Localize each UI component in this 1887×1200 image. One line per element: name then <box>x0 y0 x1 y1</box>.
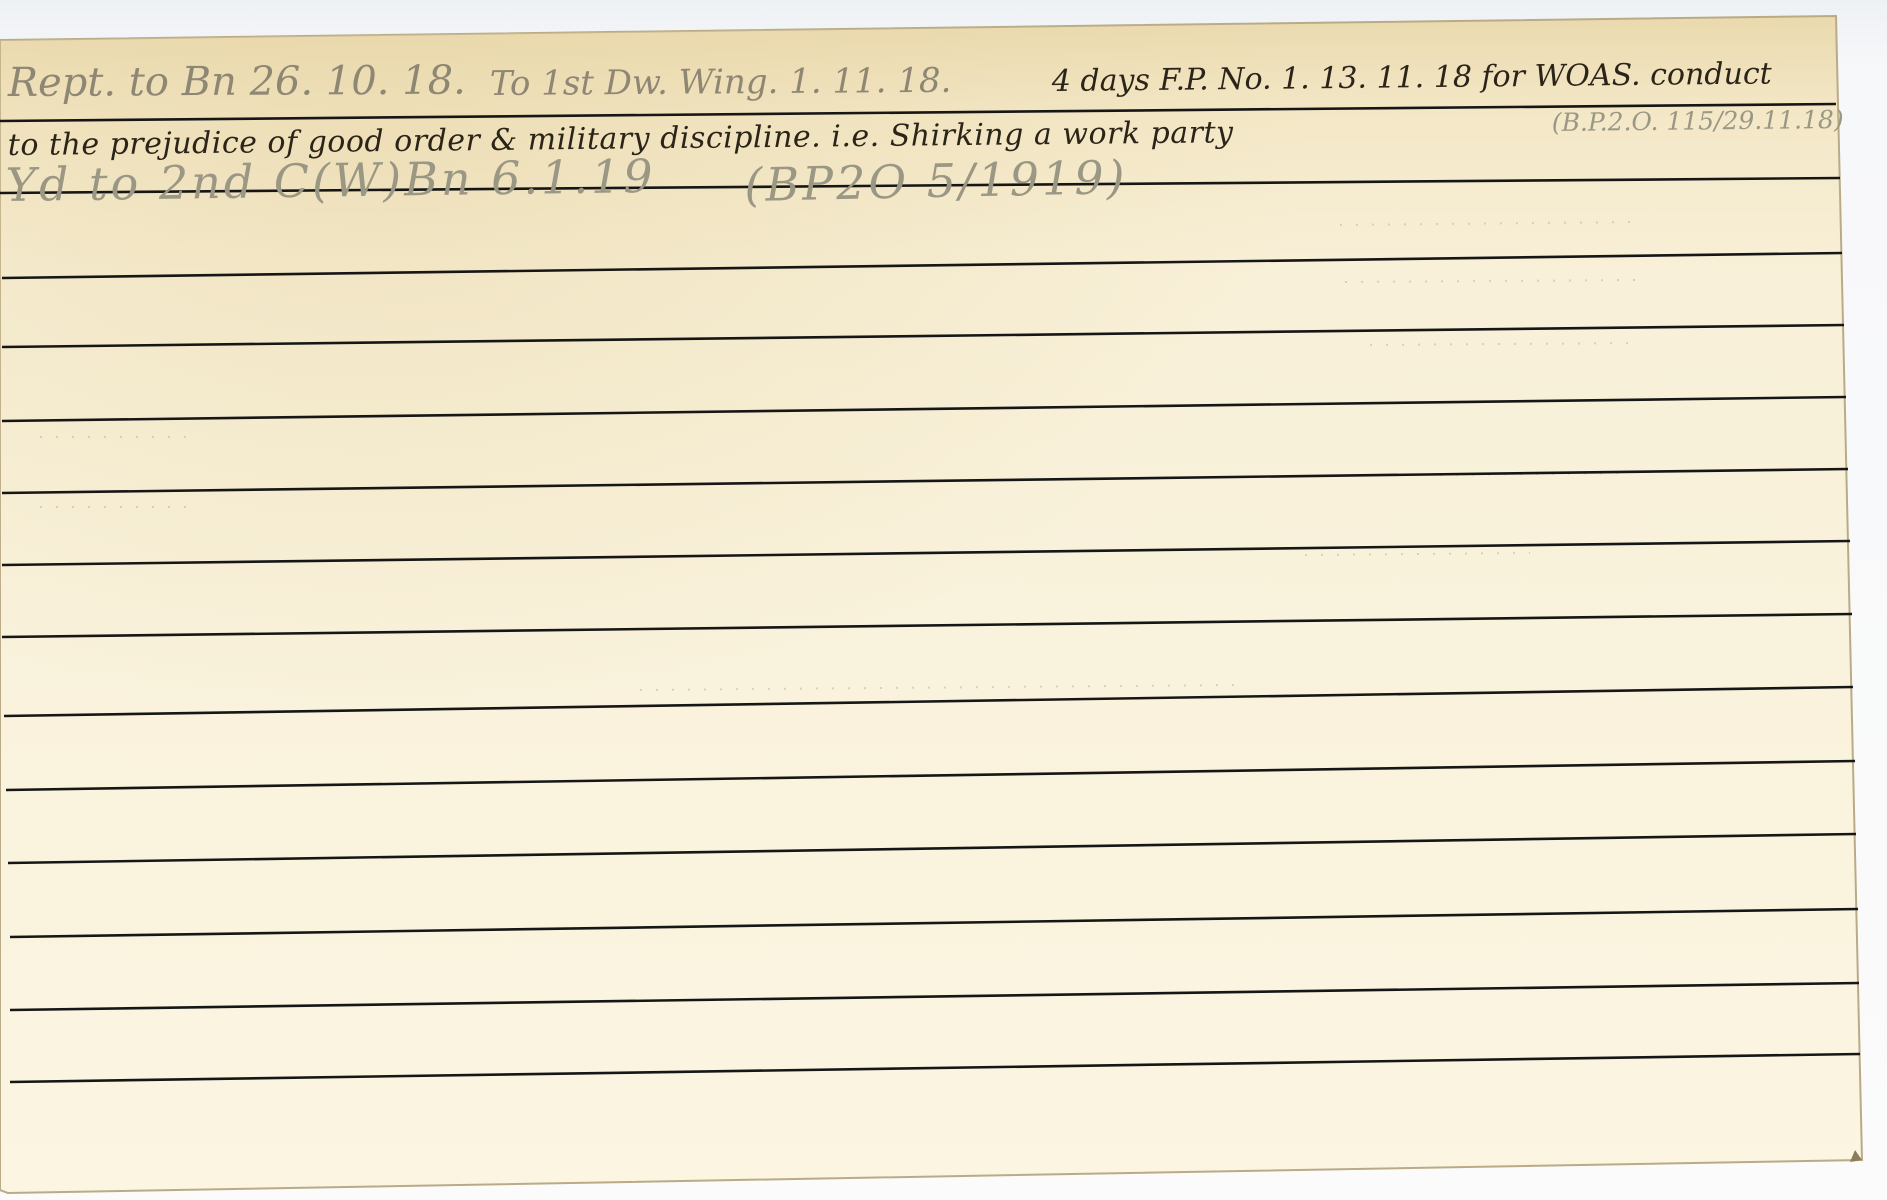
entry-order-reference-2: (BP2O 5/1919) <box>744 150 1128 212</box>
entry-order-reference-1: (B.P.2.O. 115/29.11.18) <box>1552 105 1844 137</box>
entry-reported-to-bn: Rept. to Bn 26. 10. 18. <box>8 58 466 106</box>
entry-transferred: Yd to 2nd C(W)Bn 6.1.19 <box>5 149 656 212</box>
entry-to-dw-wing: To 1st Dw. Wing. 1. 11. 18. <box>490 61 952 104</box>
